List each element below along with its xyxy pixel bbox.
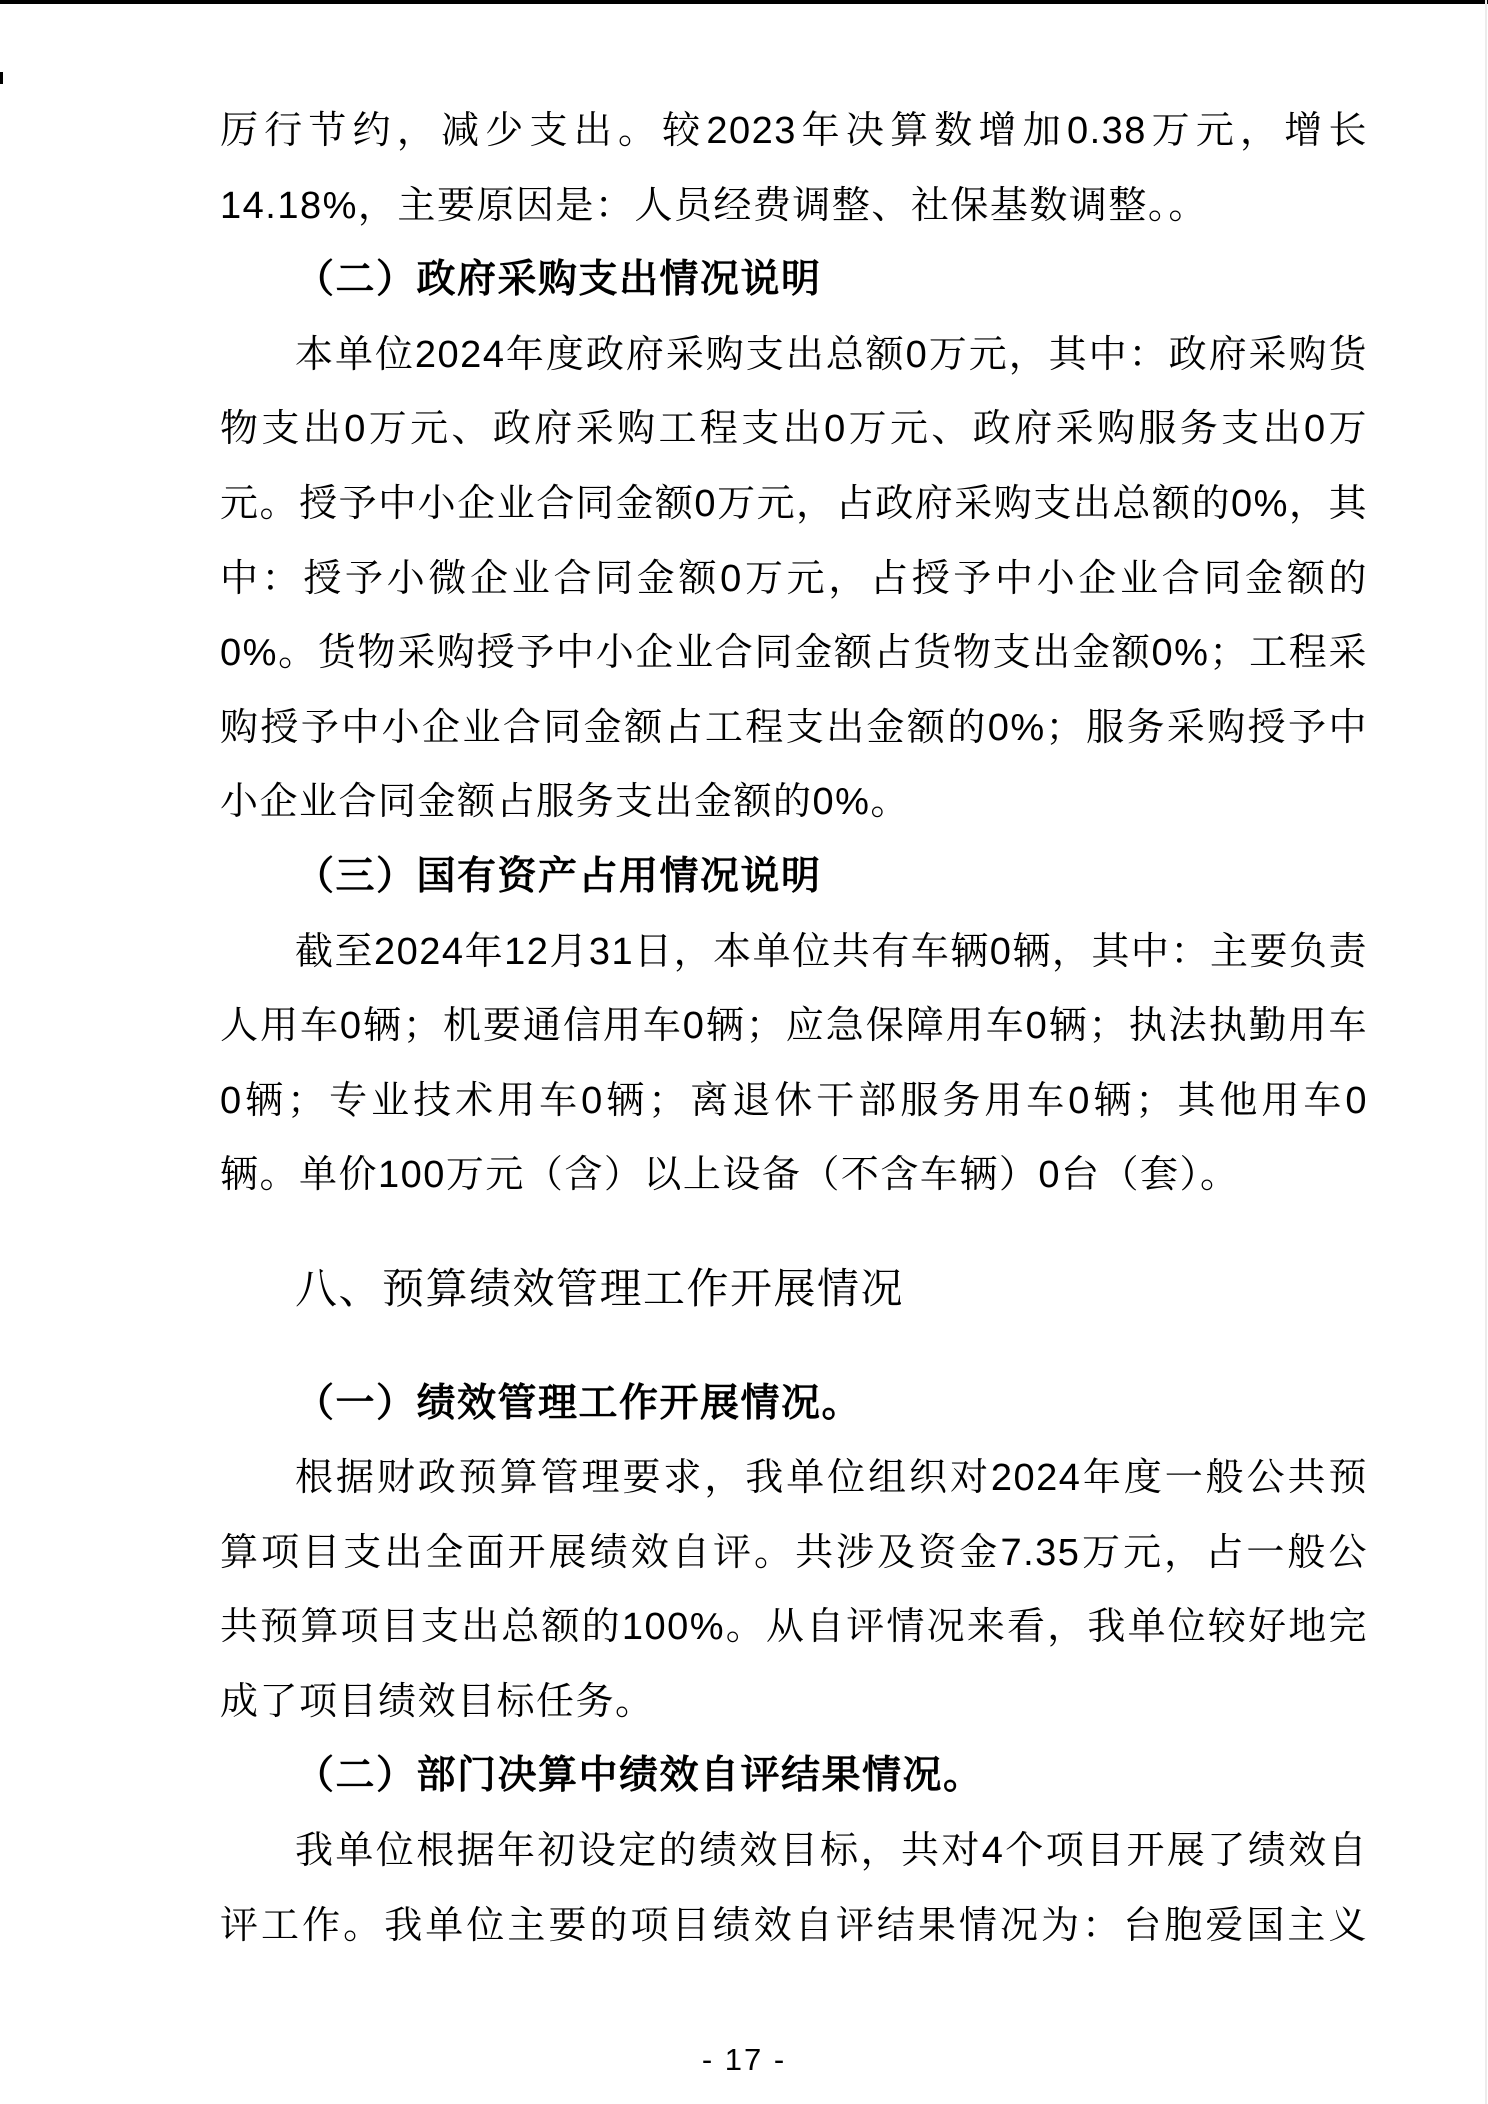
paragraph-line: 厉行节约，减少支出。较2023年决算数增加0.38万元，增长	[220, 94, 1368, 169]
paragraph-line: 购授予中小企业合同金额占工程支出金额的0%；服务采购授予中	[220, 691, 1368, 766]
scan-artifact-mark	[0, 72, 3, 84]
paragraph-line: 本单位2024年度政府采购支出总额0万元，其中：政府采购货	[220, 318, 1368, 393]
page-right-edge	[1485, 0, 1487, 2104]
document-page: { "doc": { "top_bar_color": "#000000", "…	[0, 0, 1488, 2104]
paragraph-line: 14.18%，主要原因是：人员经费调整、社保基数调整。。	[220, 169, 1368, 244]
paragraph-line: 我单位根据年初设定的绩效目标，共对4个项目开展了绩效自	[220, 1814, 1368, 1889]
heading-self-evaluation-results: （二）部门决算中绩效自评结果情况。	[220, 1739, 1368, 1814]
paragraph-line: 物支出0万元、政府采购工程支出0万元、政府采购服务支出0万	[220, 392, 1368, 467]
heading-performance-work: （一）绩效管理工作开展情况。	[220, 1367, 1368, 1442]
paragraph-line: 共预算项目支出总额的100%。从自评情况来看，我单位较好地完	[220, 1590, 1368, 1665]
paragraph-line: 中：授予小微企业合同金额0万元，占授予中小企业合同金额的	[220, 542, 1368, 617]
paragraph-line: 人用车0辆；机要通信用车0辆；应急保障用车0辆；执法执勤用车	[220, 989, 1368, 1064]
paragraph-line: 小企业合同金额占服务支出金额的0%。	[220, 765, 1368, 840]
heading-government-procurement: （二）政府采购支出情况说明	[220, 243, 1368, 318]
heading-state-assets: （三）国有资产占用情况说明	[220, 840, 1368, 915]
page-number: - 17 -	[0, 2042, 1488, 2078]
paragraph-line: 成了项目绩效目标任务。	[220, 1665, 1368, 1740]
paragraph-line: 元。授予中小企业合同金额0万元，占政府采购支出总额的0%，其	[220, 467, 1368, 542]
paragraph-line: 辆。单价100万元（含）以上设备（不含车辆）0台（套）。	[220, 1138, 1368, 1213]
page-top-border	[0, 0, 1488, 4]
document-body: 厉行节约，减少支出。较2023年决算数增加0.38万元，增长 14.18%，主要…	[220, 94, 1368, 1963]
paragraph-line: 算项目支出全面开展绩效自评。共涉及资金7.35万元，占一般公	[220, 1516, 1368, 1591]
paragraph-line: 根据财政预算管理要求，我单位组织对2024年度一般公共预	[220, 1441, 1368, 1516]
paragraph-line: 0辆；专业技术用车0辆；离退休干部服务用车0辆；其他用车0	[220, 1064, 1368, 1139]
paragraph-line: 截至2024年12月31日，本单位共有车辆0辆，其中：主要负责	[220, 915, 1368, 990]
paragraph-line: 0%。货物采购授予中小企业合同金额占货物支出金额0%；工程采	[220, 616, 1368, 691]
section-heading-performance: 八、预算绩效管理工作开展情况	[220, 1252, 1368, 1327]
paragraph-line: 评工作。我单位主要的项目绩效自评结果情况为：台胞爱国主义	[220, 1889, 1368, 1964]
